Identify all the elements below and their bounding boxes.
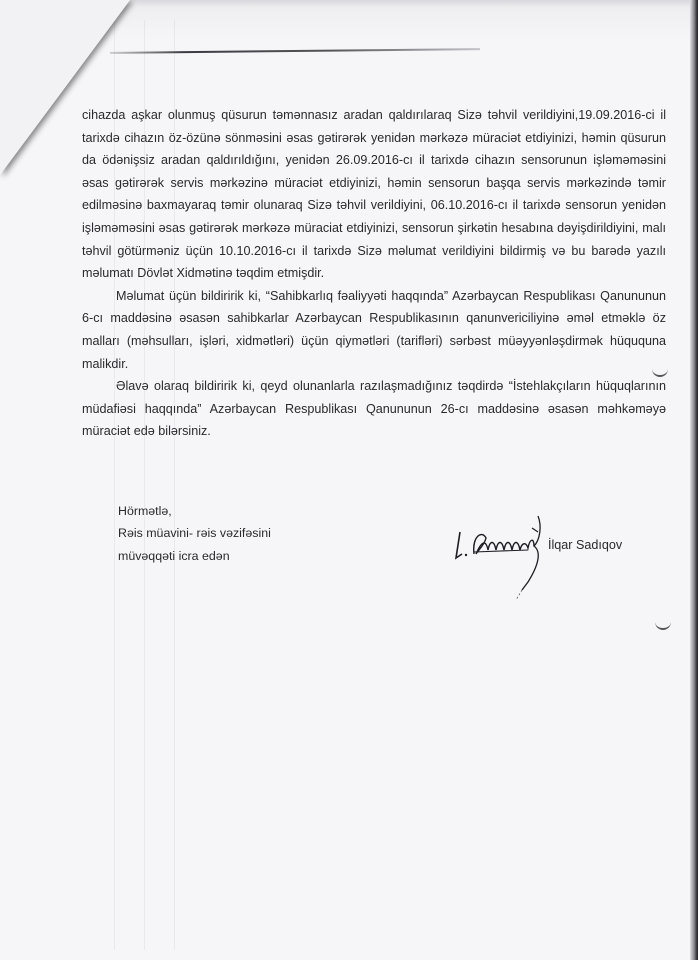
paragraph-2: Məlumat üçün bildiririk ki, “Sahibkarlıq… <box>82 285 666 375</box>
salutation: Hörmətlə, <box>118 500 271 522</box>
signer-name: İlqar Sadıqov <box>548 538 622 552</box>
signature-icon <box>452 510 552 600</box>
scan-right-edge <box>690 0 698 960</box>
signer-position-line-1: Rəis müavini- rəis vəzifəsini <box>118 522 271 544</box>
paragraph-1: cihazda aşkar olunmuş qüsurun təmənnasız… <box>82 104 666 285</box>
folded-corner <box>0 0 130 175</box>
letter-body: cihazda aşkar olunmuş qüsurun təmənnasız… <box>82 104 666 443</box>
scanned-page: cihazda aşkar olunmuş qüsurun təmənnasız… <box>0 0 698 960</box>
header-rule-line <box>110 48 480 54</box>
margin-mark <box>655 620 671 630</box>
signer-position-line-2: müvəqqəti icra edən <box>118 545 271 567</box>
letter-closing: Hörmətlə, Rəis müavini- rəis vəzifəsini … <box>118 500 271 567</box>
paragraph-3: Əlavə olaraq bildiririk ki, qeyd olunanl… <box>82 375 666 443</box>
